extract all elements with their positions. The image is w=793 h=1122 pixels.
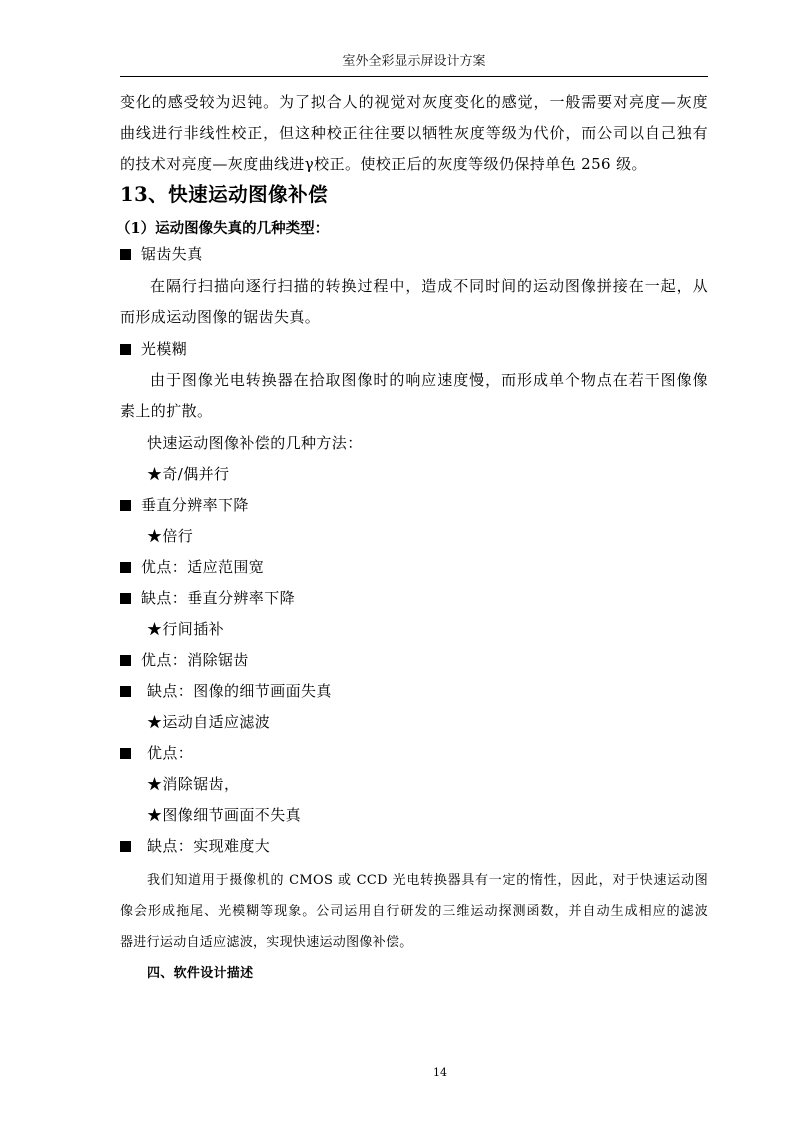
list-item-label: 优点：消除锯齿 [141,651,249,669]
methods-intro: 快速运动图像补偿的几种方法： [147,433,363,453]
list-item-label: 优点：适应范围宽 [141,558,264,576]
square-bullet-icon [120,686,131,697]
square-bullet-icon [120,748,131,759]
page-number: 14 [380,1066,500,1080]
method-odd-even: ★奇/偶并行 [147,464,229,484]
square-bullet-icon [120,500,131,511]
list-item-label: 垂直分辨率下降 [141,496,249,514]
closing-line-2: 像会形成拖尾、光模糊等现象。公司运用自行研发的三维运动探测函数，并自动生成相应的… [120,902,708,922]
method-adaptive-filter: ★运动自适应滤波 [147,712,270,732]
list-item-method2-con: 缺点：垂直分辨率下降 [120,588,295,608]
intro-line-1: 变化的感受较为迟钝。为了拟合人的视觉对灰度变化的感觉，一般需要对亮度—灰度 [120,92,708,112]
list-item-blur: 光模糊 [120,339,187,359]
next-section-heading: 四、软件设计描述 [147,964,253,984]
list-item-label: 锯齿失真 [141,245,203,263]
method4-pro-item-1: ★消除锯齿， [147,774,239,794]
list-item-method1-con: 垂直分辨率下降 [120,495,249,515]
section-heading: 13、快速运动图像补偿 [120,182,328,208]
list-item-label: 缺点：实现难度大 [147,837,270,855]
list-item-label: 缺点：垂直分辨率下降 [141,589,295,607]
paragraph-line: 由于图像光电转换器在拾取图像时的响应速度慢，而形成单个物点在若干图像像 [150,370,708,390]
square-bullet-icon [120,593,131,604]
closing-line-3: 器进行运动自适应滤波，实现快速运动图像补偿。 [120,933,413,953]
section-subheading: （1）运动图像失真的几种类型： [116,219,329,239]
list-item-method4-pro: 优点： [120,743,193,763]
list-item-label: 缺点：图像的细节画面失真 [147,682,332,700]
page-header-title: 室外全彩显示屏设计方案 [120,52,708,72]
intro-line-3: 的技术对亮度—灰度曲线进γ校正。使校正后的灰度等级仍保持单色 256 级。 [120,154,647,174]
square-bullet-icon [120,344,131,355]
intro-line-2: 曲线进行非线性校正，但这种校正往往要以牺牲灰度等级为代价，而公司以自己独有 [120,123,708,143]
method4-pro-item-2: ★图像细节画面不失真 [147,805,301,825]
square-bullet-icon [120,841,131,852]
list-item-method4-con: 缺点：实现难度大 [120,836,270,856]
closing-line-1: 我们知道用于摄像机的 CMOS 或 CCD 光电转换器具有一定的惰性，因此，对于… [147,871,708,891]
square-bullet-icon [120,249,131,260]
square-bullet-icon [120,562,131,573]
list-item-label: 光模糊 [141,340,187,358]
list-item-sawtooth: 锯齿失真 [120,244,203,264]
method-interpolation: ★行间插补 [147,619,224,639]
square-bullet-icon [120,655,131,666]
list-item-method3-pro: 优点：消除锯齿 [120,650,249,670]
paragraph-line: 而形成运动图像的锯齿失真。 [120,307,320,327]
list-item-label: 优点： [147,744,193,762]
list-item-method3-con: 缺点：图像的细节画面失真 [120,681,332,701]
header-divider [120,76,708,77]
paragraph-line: 素上的扩散。 [120,401,212,421]
paragraph-line: 在隔行扫描向逐行扫描的转换过程中，造成不同时间的运动图像拼接在一起，从 [150,276,708,296]
list-item-method2-pro: 优点：适应范围宽 [120,557,264,577]
method-line-doubling: ★倍行 [147,526,193,546]
